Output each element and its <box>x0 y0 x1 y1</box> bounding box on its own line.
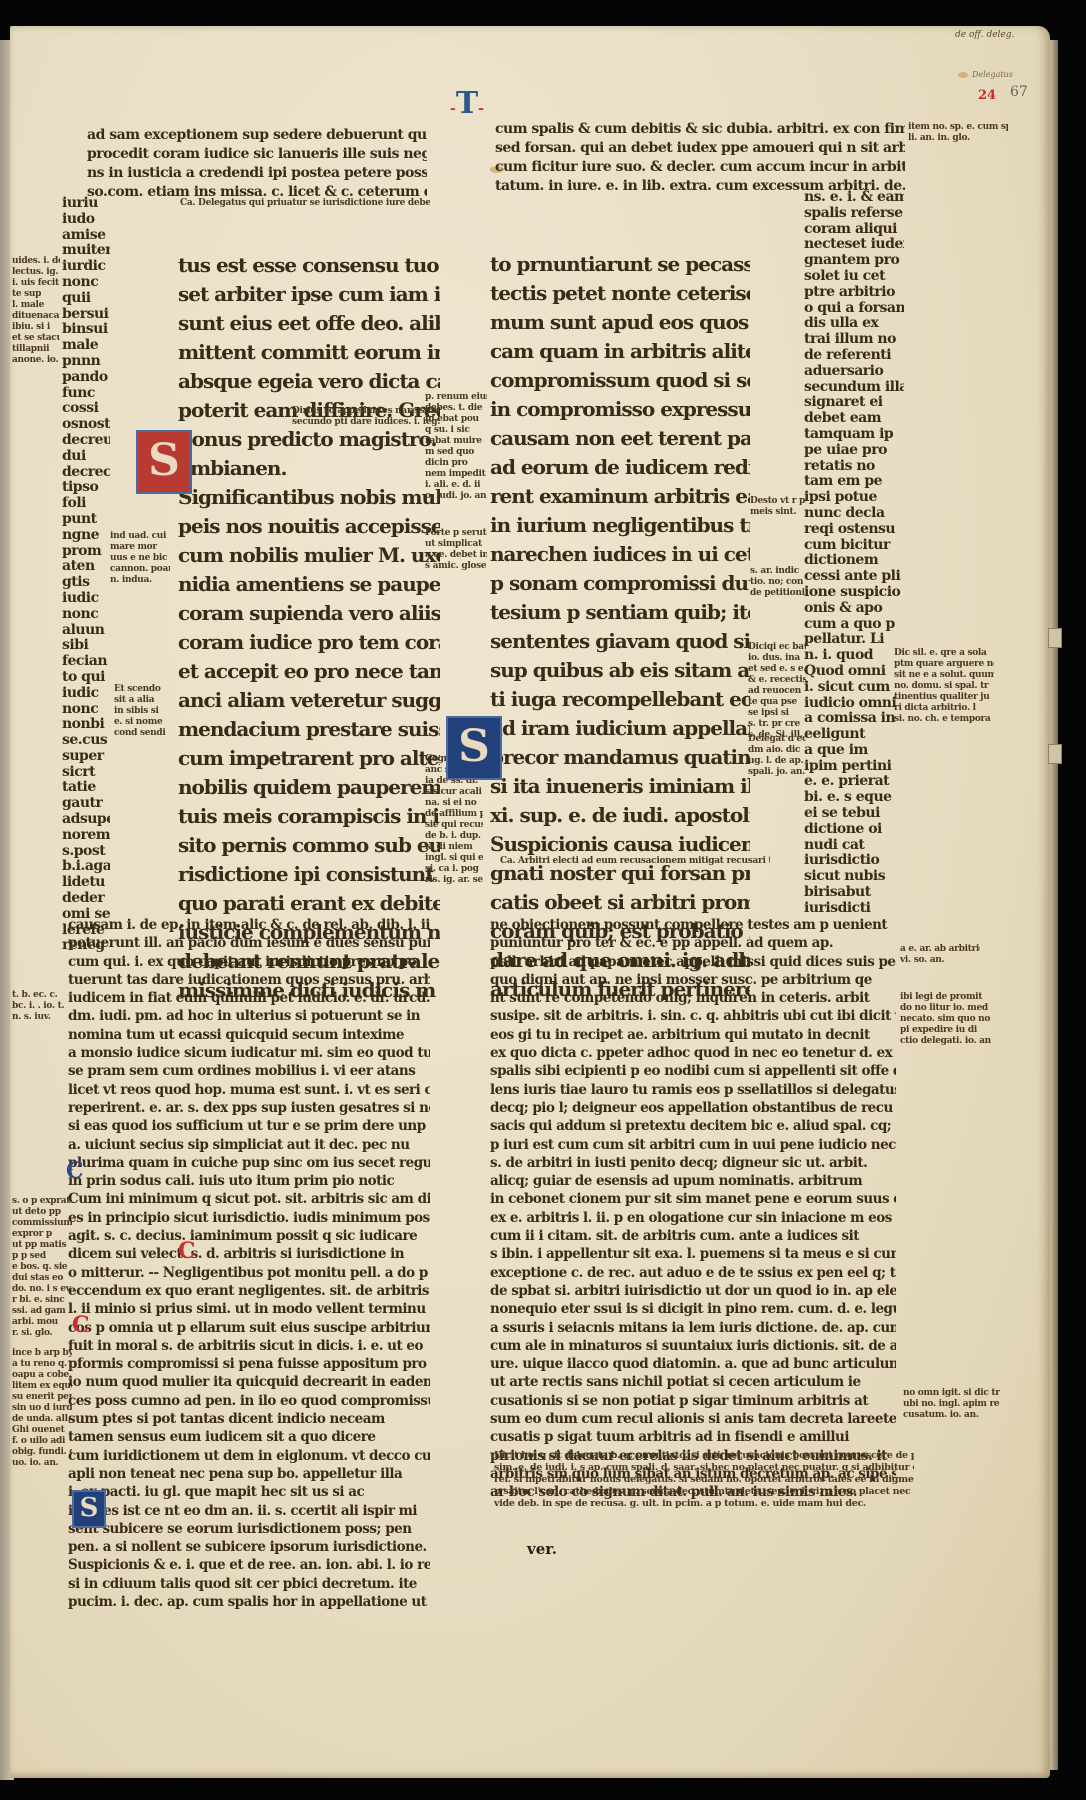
right-margin-note-3: a e. ar. ab arbitrio. svi. so. an. <box>900 944 980 966</box>
narrow-left-column: iuriu iudo amise muiter iurdic nonc quii… <box>62 196 110 954</box>
center-note-1: Dirius so appellantes nare sumsecundo pt… <box>292 406 442 428</box>
stain <box>958 72 968 78</box>
catchword: ver. <box>527 1540 557 1558</box>
inner-margin-note-5: s. o p expratut deto pp commissiumexpror… <box>12 1196 72 1339</box>
page-tab <box>1048 628 1062 648</box>
inner-margin-note-6: ince b arp by.a tu reno q. oapu a cobeli… <box>12 1348 72 1469</box>
right-margin-note-4: ibi legi de promitdo no litur io. med ne… <box>900 992 1000 1047</box>
lower-right-gloss: ne obiectionem possunt compellere testes… <box>490 916 896 1502</box>
inner-margin-note-4: t. b. ec. c.bc. i. . io. t. . n. s. iuv. <box>12 990 68 1023</box>
gloss-top-right: cum spalis & cum debitis & sic dubia. ar… <box>495 120 905 196</box>
gloss-top-left: ad sam exceptionem sup sedere debuerunt … <box>87 126 427 202</box>
page-edge <box>1050 40 1058 1770</box>
paragraph-mark-blue: C <box>66 1158 84 1184</box>
bottom-footnote: Dicit ho. q sit delegata b. q; pnuntiato… <box>494 1450 914 1510</box>
rubric-note-1: Ca. Delegatus qui priuatur se iurisdicti… <box>180 198 430 209</box>
inner-margin-note-3: Et scendosit a alia in sibis sie. si nom… <box>114 684 170 739</box>
decorated-initial-s: S <box>136 430 192 494</box>
inner-margin-note-2: ind uad. cuimare mor uus e ne biccannon.… <box>110 531 170 586</box>
inner-margin-note-1: uides. i. decplelectus. ig. i. uis fecit… <box>12 256 60 366</box>
narrow-right-column: ns. e. i. & eam spalis referse coram ali… <box>804 190 904 917</box>
center-note-2: p. renum eiusdebes. t. die ni ebat pouq … <box>425 392 487 502</box>
right-margin-note-1: item no. sp. e. cum spali. an. in. glo. <box>908 122 1008 144</box>
paragraph-mark-red: C <box>178 1238 196 1264</box>
center-note-8: Delegat d eodm aio. dic ug. l. de ap. cu… <box>748 734 806 778</box>
lower-left-gloss: causam i. de ep. in item alic & c. de re… <box>68 916 430 1611</box>
main-text-left-column: tus est esse consensu tuo per set arbite… <box>178 251 440 1005</box>
right-margin-note-5: no omn igit. si dic trubi no. ingl. apim… <box>903 1388 1003 1421</box>
main-text-right-column: to prnuntiarunt se pecasse in tectis pet… <box>490 250 750 1004</box>
folio-number: 67 <box>1010 84 1028 100</box>
center-note-3: Forte p seruteut simplicat a ee. debet i… <box>425 528 487 572</box>
center-note-7: Diciqi ec batio. dus. ina et sed e. s e.… <box>748 642 806 741</box>
decorated-initial-s-blue: S <box>446 716 502 780</box>
page-tab <box>1048 744 1062 764</box>
right-margin-note-2: Dic sil. e. qre a solaptm quare arguere … <box>894 648 994 725</box>
folio-number-red: 24 <box>978 88 996 103</box>
center-note-5: Desto vt r pnmeis sint. <box>750 496 806 518</box>
marginal-note-top: Delegatus <box>972 70 1013 79</box>
small-initial-s: S <box>72 1490 106 1528</box>
heading-letter: -T- <box>450 86 484 121</box>
rubric-note-2: Ca. Arbitri electi ad eum recusacionem m… <box>500 856 770 867</box>
running-head: de off. deleg. <box>955 30 1014 40</box>
paragraph-mark-red: C <box>72 1312 90 1338</box>
center-note-6: s. ar. indictio. no; con de petitioni <box>750 566 806 599</box>
manuscript-page: de off. deleg. Delegatus 24 67 -T- ad sa… <box>10 26 1050 1778</box>
